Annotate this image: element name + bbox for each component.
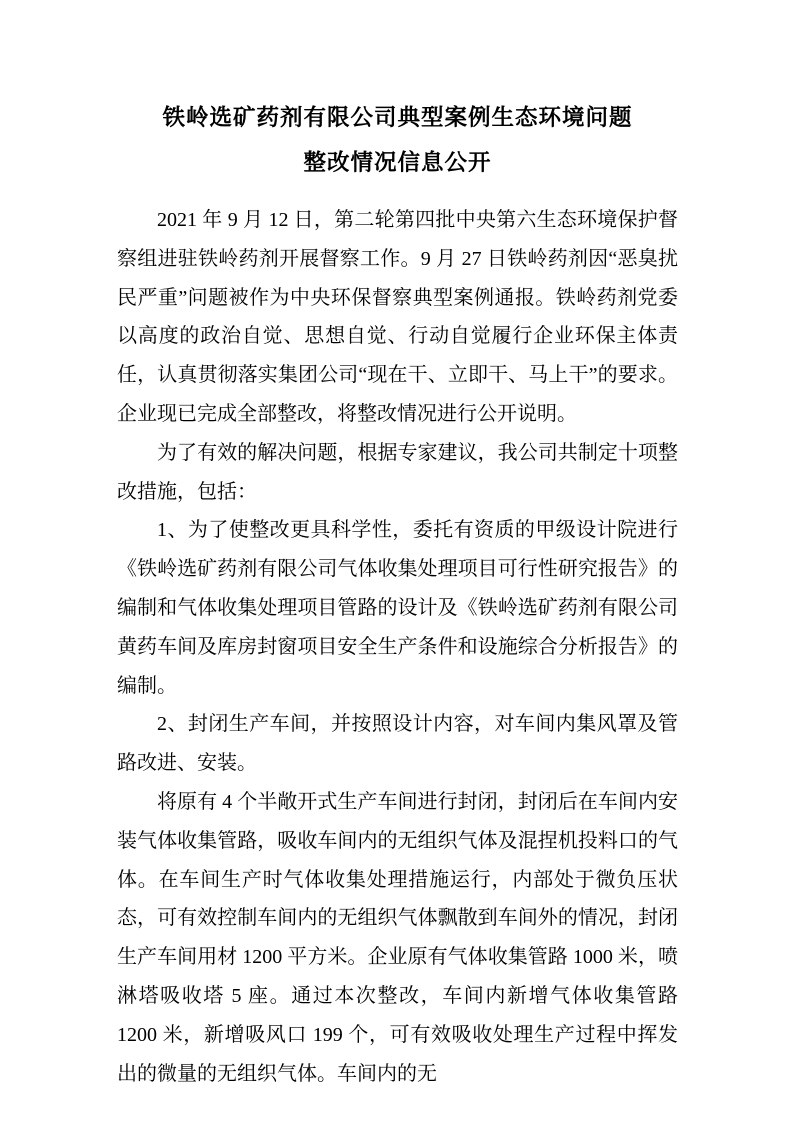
measure-2-details-paragraph: 将原有 4 个半敞开式生产车间进行封闭，封闭后在车间内安装气体收集管路，吸收车间… bbox=[117, 783, 678, 1093]
measures-intro-paragraph: 为了有效的解决问题，根据专家建议，我公司共制定十项整改措施，包括： bbox=[117, 434, 678, 512]
document-title: 铁岭选矿药剂有限公司典型案例生态环境问题 整改情况信息公开 bbox=[117, 95, 678, 185]
measure-1-paragraph: 1、为了使整改更具科学性，委托有资质的甲级设计院进行《铁岭选矿药剂有限公司气体收… bbox=[117, 511, 678, 705]
intro-paragraph: 2021 年 9 月 12 日，第二轮第四批中央第六生态环境保护督察组进驻铁岭药… bbox=[117, 201, 678, 434]
document-content: 铁岭选矿药剂有限公司典型案例生态环境问题 整改情况信息公开 2021 年 9 月… bbox=[117, 95, 678, 1093]
document-page: 铁岭选矿药剂有限公司典型案例生态环境问题 整改情况信息公开 2021 年 9 月… bbox=[0, 0, 793, 1122]
document-body: 2021 年 9 月 12 日，第二轮第四批中央第六生态环境保护督察组进驻铁岭药… bbox=[117, 201, 678, 1093]
measure-2-paragraph: 2、封闭生产车间，并按照设计内容，对车间内集风罩及管路改进、安装。 bbox=[117, 705, 678, 783]
document-title-line-1: 铁岭选矿药剂有限公司典型案例生态环境问题 bbox=[117, 95, 678, 140]
document-title-line-2: 整改情况信息公开 bbox=[117, 140, 678, 185]
